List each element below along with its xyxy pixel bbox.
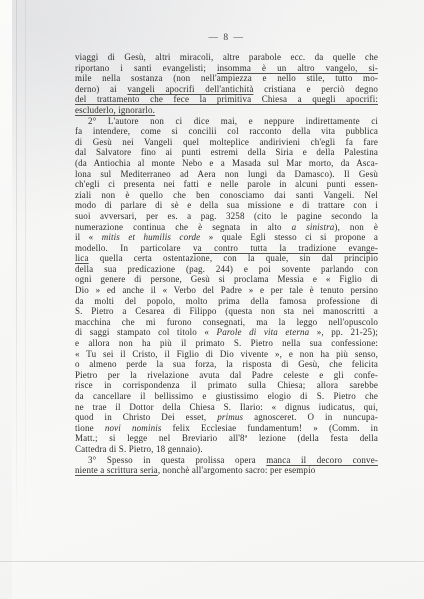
text-run: 3° Spesso in questa prolissa opera <box>88 455 266 465</box>
text-line: ne trae il Dottor della Chiesa S. Ilario… <box>75 402 378 413</box>
text-line: da molti del popolo, molto prima della f… <box>75 296 378 307</box>
text-line: e allora non ha più il primato S. Pietro… <box>75 338 378 349</box>
text-run: » quale Egli stesso ci si propone a <box>200 232 378 242</box>
text-run: ch'egli ci presenta nei fatti e nelle pa… <box>75 179 378 189</box>
text-run: ogni genere di persone, Gesù si proclama… <box>75 274 378 284</box>
text-run: viaggi di Gesù, altri miracoli, altre pa… <box>75 52 378 62</box>
text-line: Dio » ed anche il « Verbo del Padre » e … <box>75 285 378 296</box>
text-run: agnosceret. O in nuncupa- <box>243 412 378 422</box>
text-run: S. Pietro a Cesarea di Filippo (questa n… <box>75 306 378 316</box>
italic-text: a sinistra <box>292 222 335 232</box>
text-line: di saggi stampato col titolo « Parole di… <box>75 327 378 338</box>
text-line: di Gesù nei Vangeli quel molteplice andi… <box>75 137 378 148</box>
text-line: niente a scrittura seria, nonchè all'arg… <box>75 465 378 476</box>
text-run: riportano i santi evangelisti; <box>75 63 217 73</box>
text-run: 2° L'autore non ci dice mai, e neppure i… <box>88 116 378 126</box>
text-run: fa intendere, come si concilii col racco… <box>75 126 378 136</box>
scan-fold-line <box>16 0 17 575</box>
text-line: « Tu sei il Cristo, il Figlio di Dio viv… <box>75 349 378 360</box>
text-line: da cancellare il bellissimo e giustissim… <box>75 391 378 402</box>
text-line: lica quella certa ostentazione, con la q… <box>75 253 378 264</box>
text-run: da molti del popolo, molto prima della f… <box>75 296 378 306</box>
text-line: viaggi di Gesù, altri miracoli, altre pa… <box>75 52 378 63</box>
text-run: cristiana e perciò degno <box>254 84 379 94</box>
text-line: del trattamento che fece la primitiva Ch… <box>75 94 378 105</box>
text-line: modello. In particolare va contro tutta … <box>75 243 378 254</box>
text-line: ziali non è quello che ben conosciamo da… <box>75 190 378 201</box>
text-line: modo di parlare di sè e della sua missio… <box>75 200 378 211</box>
text-run: mile nella sostanza (non nell'ampiezza e… <box>75 73 378 83</box>
text-run: ziali non è quello che ben conosciamo da… <box>75 190 378 200</box>
text-line: ch'egli ci presenta nei fatti e nelle pa… <box>75 179 378 190</box>
text-line: lona sul Mediterraneo ad Aera non lungi … <box>75 169 378 180</box>
text-line: 2° L'autore non ci dice mai, e neppure i… <box>75 116 378 127</box>
text-line: Pietro per la rivelazione avuta dal Padr… <box>75 370 378 381</box>
text-line: riportano i santi evangelisti; insomma è… <box>75 63 378 74</box>
text-line: escluderlo, ignorarlo. <box>75 105 378 116</box>
text-run: Dio » ed anche il « Verbo del Padre » e … <box>75 285 378 295</box>
underlined-text: niente a scrittura seria <box>75 465 158 475</box>
text-line: macchina che mi furono consegnati, ma la… <box>75 317 378 328</box>
text-line: S. Pietro a Cesarea di Filippo (questa n… <box>75 306 378 317</box>
text-run: o almeno perde la sua forza, la risposta… <box>75 359 378 369</box>
text-line: suoi avversari, per es. a pag. 3258 (cit… <box>75 211 378 222</box>
underlined-text: del trattamento che fece la primitiva Ch… <box>75 94 378 104</box>
text-run: modo di parlare di sè e della sua missio… <box>75 200 378 210</box>
text-run: derno) ai <box>75 84 127 94</box>
text-run: quod in Christo Dei esset, <box>75 412 217 422</box>
scanned-book-page: — 8 — viaggi di Gesù, altri miracoli, al… <box>0 0 424 599</box>
text-run: risce in corrispondenza il primato sulla… <box>75 380 378 390</box>
text-run: numerazione continua che è segnata in al… <box>75 222 292 232</box>
text-run: di Gesù nei Vangeli quel molteplice andi… <box>75 137 378 147</box>
text-run: e allora non ha più il primato S. Pietro… <box>75 338 378 348</box>
text-line: il « mitis et humilis corde » quale Egli… <box>75 232 378 243</box>
text-line: (da Antiochia al monte Nebo e a Masada s… <box>75 158 378 169</box>
text-run: da cancellare il bellissimo e giustissim… <box>75 391 378 401</box>
text-line: derno) ai vangeli apocrifi dell'antichit… <box>75 84 378 95</box>
underlined-text: vangeli apocrifi dell'antichità <box>127 84 253 94</box>
underlined-text: lica <box>75 253 89 263</box>
text-run: di saggi stampato col titolo « <box>75 327 217 337</box>
text-line: o almeno perde la sua forza, la risposta… <box>75 359 378 370</box>
text-run: quella certa ostentazione, con la quale,… <box>89 253 378 263</box>
text-run: Pietro per la rivelazione avuta dal Padr… <box>75 370 378 380</box>
text-run: Cattedra di S. Pietro, 18 gennaio). <box>75 444 203 454</box>
text-run: « Tu sei il Cristo, il Figlio di Dio viv… <box>75 349 378 359</box>
text-run: Matt.; si legge nel Breviario all'8ª lez… <box>75 433 378 443</box>
page-number: — 8 — <box>75 33 378 43</box>
text-line: Matt.; si legge nel Breviario all'8ª lez… <box>75 433 378 444</box>
text-run: macchina che mi furono consegnati, ma la… <box>75 317 378 327</box>
text-run: il « <box>75 232 102 242</box>
italic-text: mitis et humilis corde <box>102 232 201 242</box>
italic-text: primus <box>217 412 243 422</box>
underlined-text: va contro tutta la tradizione evange- <box>193 243 378 253</box>
text-line: mile nella sostanza (non nell'ampiezza e… <box>75 73 378 84</box>
text-run: lona sul Mediterraneo ad Aera non lungi … <box>75 169 378 179</box>
text-line: fa intendere, come si concilii col racco… <box>75 126 378 137</box>
text-line: dal Salvatore fino ai punti estremi dell… <box>75 147 378 158</box>
text-run: tione <box>75 423 105 433</box>
text-line: Cattedra di S. Pietro, 18 gennaio). <box>75 444 378 455</box>
page-bottom-edge <box>0 561 424 562</box>
text-run: modello. In particolare <box>75 243 193 253</box>
italic-text: Parole di vita eterna <box>217 327 310 337</box>
text-run: dal Salvatore fino ai punti estremi dell… <box>75 147 378 157</box>
text-line: tione novi nominis felix Ecclesiae funda… <box>75 423 378 434</box>
text-run: (da Antiochia al monte Nebo e a Masada s… <box>75 158 378 168</box>
text-line: risce in corrispondenza il primato sulla… <box>75 380 378 391</box>
text-run: », pp. 21-25); <box>309 327 378 337</box>
scan-fold-line <box>25 0 26 575</box>
text-run: ), non è <box>334 222 378 232</box>
italic-text: novi nominis <box>105 423 162 433</box>
text-line: numerazione continua che è segnata in al… <box>75 222 378 233</box>
text-line: quod in Christo Dei esset, primus agnosc… <box>75 412 378 423</box>
text-run: , nonchè all'argomento sacro: per esempi… <box>158 465 316 475</box>
text-run: ne trae il Dottor della Chiesa S. Ilario… <box>75 402 378 412</box>
underlined-text: escluderlo, ignorarlo. <box>75 105 155 115</box>
page-left-margin <box>0 0 12 599</box>
text-line: ogni genere di persone, Gesù si proclama… <box>75 274 378 285</box>
text-line: della sua predicazione (pag. 244) e poi … <box>75 264 378 275</box>
text-block: viaggi di Gesù, altri miracoli, altre pa… <box>75 52 378 476</box>
text-run: della sua predicazione (pag. 244) e poi … <box>75 264 378 274</box>
underlined-text: insomma è un altro vangelo, si- <box>217 63 378 73</box>
text-run: felix Ecclesiae fundamentum! » (Comm. in <box>162 423 378 433</box>
underlined-text: manca il decoro conve- <box>266 455 378 465</box>
text-line: 3° Spesso in questa prolissa opera manca… <box>75 455 378 466</box>
text-run: suoi avversari, per es. a pag. 3258 (cit… <box>75 211 378 221</box>
